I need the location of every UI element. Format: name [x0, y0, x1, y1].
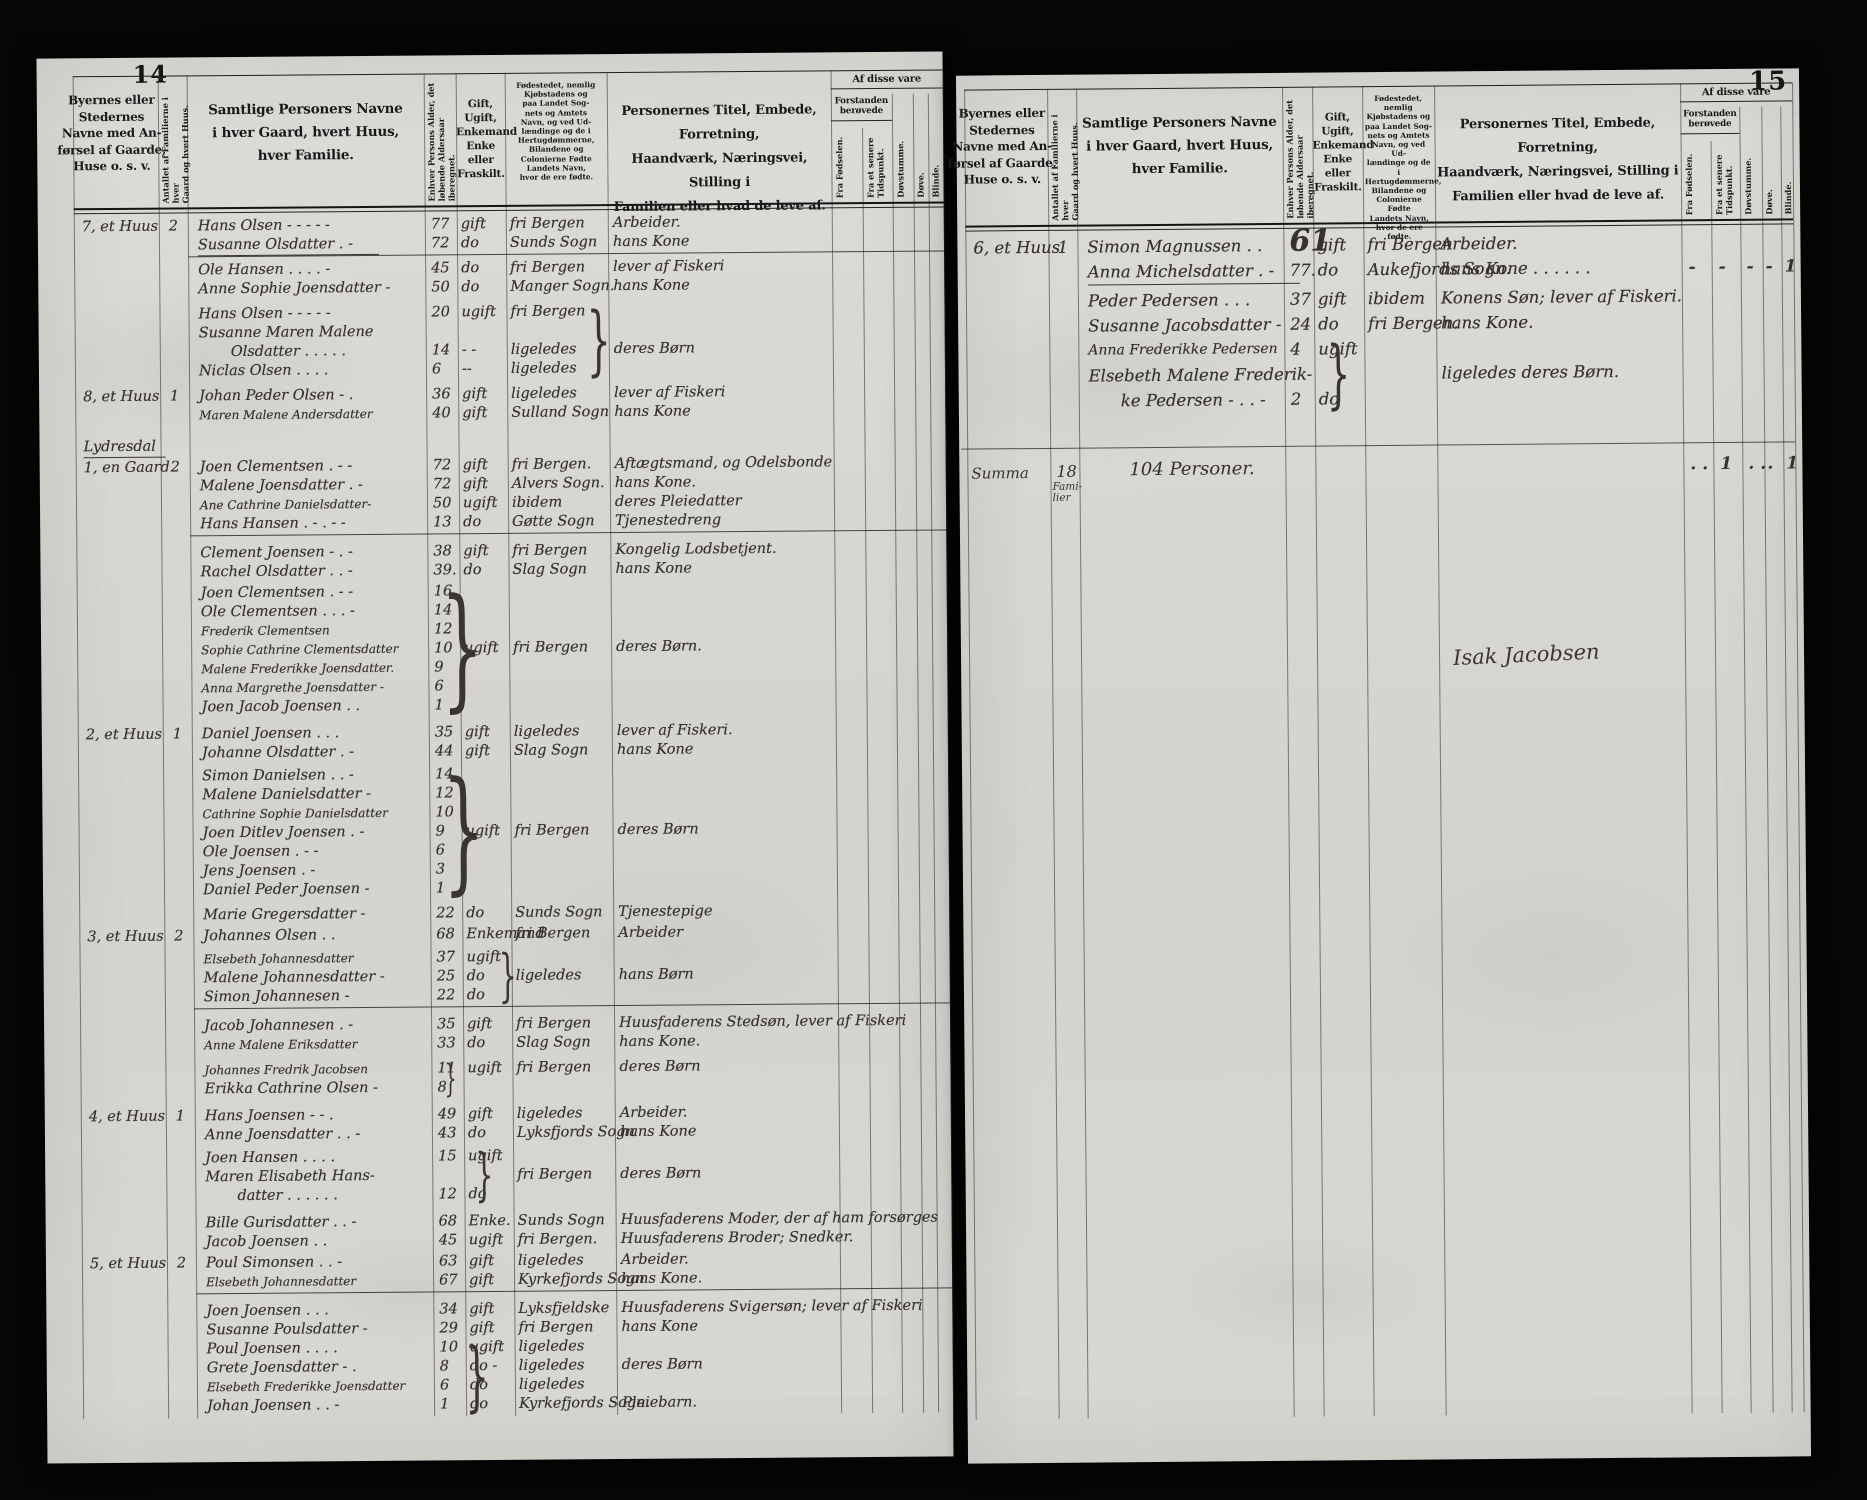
summa-mark: . .	[1690, 454, 1708, 474]
cell-name: Frederik Clementsen	[201, 621, 330, 641]
cell-family-count: 1	[166, 1107, 195, 1126]
cell-birthplace: fri Bergen	[517, 1165, 613, 1185]
header-of-these: Af disse vare	[1680, 86, 1792, 102]
header-family-count: Antallet af Familierne i hver Gaard og h…	[1049, 97, 1077, 221]
cell-birthplace: ligeledes	[517, 1104, 613, 1124]
cell-occupation: hans Kone.	[615, 473, 696, 493]
cell-name: Joen Joensen . . .	[206, 1301, 329, 1321]
cell-birthplace: fri Bergen	[516, 1058, 612, 1078]
cell-occupation: hans Kone . . . . . .	[1441, 255, 1591, 281]
cell-name: Anne Sophie Joensdatter -	[198, 279, 390, 300]
summa-mark: 1	[1786, 453, 1798, 473]
cell-age: 38	[433, 542, 452, 561]
cell-age: 68	[436, 925, 455, 944]
summa-mark: 1	[1720, 454, 1732, 474]
cell-place: 7, et Huus	[82, 218, 158, 238]
cell-family-count: 2	[167, 1254, 196, 1273]
cell-age: 63	[439, 1252, 458, 1271]
cell-status: do	[461, 278, 479, 297]
summa-families-unit: Fami- lier	[1053, 482, 1083, 504]
cell-status: gift	[461, 215, 486, 234]
cell-age: 12	[438, 1185, 457, 1204]
cell-occupation: lever af Fiskeri	[614, 383, 725, 403]
cell-name: Jacob Johannesen . -	[204, 1016, 353, 1036]
census-entries-right: 6, et Huus1Simon Magnussen . .61giftfri …	[957, 228, 1796, 532]
cell-age: 50	[431, 278, 450, 297]
cell-age: 77	[431, 215, 450, 234]
cell-occupation: Huusfaderens Moder, der af ham forsørges	[621, 1209, 938, 1230]
cell-birthplace: Sunds Sogn	[515, 903, 611, 923]
header-family-count: Antallet af Familierne i hver Gaard og h…	[160, 83, 188, 203]
cell-age: 37	[1290, 287, 1311, 312]
cell-occupation: deres Børn	[622, 1355, 703, 1375]
cell-place: 5, et Huus	[90, 1255, 166, 1275]
cell-name: Anna Frederikke Pedersen	[1088, 337, 1277, 364]
cell-name: Johanne Olsdatter . -	[202, 743, 354, 763]
cell-age: 8	[440, 1357, 449, 1376]
cell-name: Simon Danielsen . . -	[202, 766, 354, 786]
cell-name: Peder Pedersen . . .	[1088, 287, 1250, 313]
summa-persons: 104 Personer.	[1129, 458, 1254, 480]
cell-occupation: Konens Søn; lever af Fiskeri.	[1441, 283, 1682, 310]
cell-place: 4, et Huus	[89, 1108, 165, 1128]
cell-birthplace: ligeledes	[518, 1251, 614, 1271]
cell-age: 6	[432, 360, 441, 379]
group-brace: }	[442, 765, 485, 898]
cell-birthplace: fri Bergen.	[512, 455, 608, 475]
group-brace: }	[465, 1338, 490, 1414]
cell-name: Ole Clementsen . . . -	[201, 602, 355, 622]
header-top-rule	[73, 69, 943, 77]
cell-mark: 1	[1785, 253, 1797, 278]
cell-birthplace: fri Bergen	[1367, 232, 1433, 258]
cell-birthplace: ligeledes	[511, 384, 607, 404]
cell-occupation: ligeledes deres Børn.	[1441, 359, 1619, 386]
header-marital-status: Gift, Ugift, Enkemand Enke eller Fraskil…	[456, 97, 506, 181]
cell-name: Susanne Olsdatter . -	[198, 235, 379, 256]
cell-age: 37	[436, 948, 455, 967]
header-person-names: Samtlige Personers Navne i hver Gaard, h…	[187, 98, 425, 169]
cell-family-count: 2	[164, 927, 193, 946]
cell-name: Sophie Cathrine Clementsdatter	[201, 640, 398, 661]
cell-birthplace: fri Bergen	[516, 1014, 612, 1034]
column-rule	[1792, 82, 1805, 1412]
header-occupation: Personernes Titel, Embede, Forretning, H…	[1434, 111, 1681, 209]
cell-name: Anne Malene Eriksdatter	[204, 1035, 357, 1055]
cell-status: do	[461, 259, 479, 278]
cell-age: 14	[432, 341, 451, 360]
cell-name: Simon Johannesen -	[204, 987, 350, 1007]
cell-age: 72	[433, 456, 452, 475]
cell-birthplace: fri Bergen	[513, 638, 609, 658]
cell-status: do	[463, 513, 481, 532]
cell-name: ke Pedersen - . . -	[1121, 387, 1266, 413]
cell-age: 43	[438, 1124, 457, 1143]
cell-age: 2	[1291, 387, 1302, 412]
cell-birthplace: fri Bergen.	[518, 1230, 614, 1250]
header-deaf: Døve.	[1763, 113, 1781, 215]
summa-rule	[961, 441, 1795, 449]
cell-name: Bille Gurisdatter . . -	[206, 1213, 357, 1233]
cell-age: 50	[433, 494, 452, 513]
cell-occupation: hans Kone	[613, 276, 690, 296]
header-deprived-of-reason: Forstanden berøvede	[831, 96, 892, 121]
cell-name: Susanne Maren Malene	[199, 323, 374, 343]
header-from-later-time: Fra et senere Tidspunkt.	[1714, 145, 1741, 215]
cell-occupation: hans Børn	[619, 965, 694, 985]
header-blind: Blinde.	[1782, 112, 1793, 214]
cell-birthplace: Kyrkefjords Sogn	[518, 1270, 614, 1290]
cell-age: 29	[439, 1319, 458, 1338]
cell-name: Cathrine Sophie Danielsdatter	[202, 804, 388, 824]
cell-birthplace: fri Bergen.	[1368, 311, 1434, 337]
cell-birthplace: Lyksfjords Sogn	[517, 1123, 613, 1143]
cell-name: Johan Joensen . . -	[207, 1396, 339, 1416]
cell-occupation: Kongelig Lodsbetjent.	[615, 540, 776, 560]
header-deprived-of-reason: Forstanden berøvede	[1680, 109, 1739, 135]
cell-status: - -	[462, 341, 477, 360]
cell-age: 4	[1290, 337, 1301, 362]
cell-status: gift	[463, 456, 488, 475]
cell-mark: -	[1747, 254, 1754, 279]
cell-place: 3, et Huus	[87, 928, 163, 948]
cell-family-count: 1	[163, 725, 192, 744]
cell-birthplace: Manger Sogn.	[510, 277, 606, 297]
cell-age: 45	[431, 259, 450, 278]
cell-birthplace: fri Bergen	[515, 821, 611, 841]
cell-name: Malene Joensdatter . -	[200, 476, 363, 496]
cell-status: ugift	[469, 1231, 504, 1250]
scanned-census-spread: 14 Byernes eller Stedernes Navne med An-…	[0, 0, 1867, 1500]
cell-occupation: Pleiebarn.	[622, 1393, 697, 1413]
cell-name: Poul Joensen . . . .	[207, 1339, 338, 1359]
cell-age: 6	[440, 1376, 449, 1395]
cell-name: Malene Johannesdatter -	[204, 968, 385, 988]
cell-age: 49	[438, 1105, 457, 1124]
cell-occupation: lever af Fiskeri.	[617, 721, 733, 741]
group-brace: }	[1326, 336, 1351, 411]
cell-occupation: hans Kone	[620, 1122, 697, 1142]
header-deaf-mute: Døvstumme.	[1742, 113, 1762, 215]
summa-mark: . .	[1748, 454, 1766, 474]
cell-occupation: Arbeider	[618, 924, 683, 944]
cell-birthplace: Slag Sogn	[512, 560, 608, 580]
cell-age: 72	[433, 475, 452, 494]
header-age: Enhver Persons Alder, det løbende Alders…	[426, 81, 457, 201]
header-birthplace: Fødestedet, nemlig Kjøbstadens og paa La…	[507, 80, 606, 182]
cell-age: 1	[440, 1395, 449, 1414]
header-of-these: Af disse vare	[831, 73, 943, 89]
cell-status: gift	[465, 723, 490, 742]
header-marital-status: Gift, Ugift, Enkemand Enke eller Fraskil…	[1312, 110, 1363, 194]
cell-name: Anne Joensdatter . . -	[205, 1125, 360, 1145]
cell-name: Ole Hansen . . . . -	[198, 260, 330, 280]
cell-status: --	[462, 360, 472, 379]
cell-birthplace: Alvers Sogn.	[512, 474, 608, 494]
header-from-later-time: Fra et senere Tidspunkt.	[865, 132, 893, 198]
cell-age: 35	[435, 723, 454, 742]
header-place-names: Byernes eller Stedernes Navne med An- fø…	[938, 105, 1066, 189]
cell-name: Maren Malene Andersdatter	[199, 405, 372, 425]
census-entries-left: 7, et Huus2Hans Olsen - - - - -77giftfri…	[38, 211, 953, 1417]
cell-name: Joen Jacob Joensen . .	[202, 697, 361, 717]
cell-birthplace: fri Bergen	[510, 214, 606, 234]
cell-age: 67	[439, 1271, 458, 1290]
cell-status: ugift	[466, 948, 501, 967]
cell-name: Johan Peder Olsen - .	[199, 386, 353, 406]
cell-name: Hans Olsen - - - - -	[198, 304, 330, 324]
cell-status: gift	[469, 1271, 494, 1290]
cell-occupation: Aftægtsmand, og Odelsbonde	[615, 453, 833, 474]
cell-status: ugift	[461, 303, 496, 322]
cell-status: do	[461, 234, 479, 253]
cell-birthplace: ligeledes	[514, 722, 610, 742]
cell-birthplace: Slag Sogn	[516, 1033, 612, 1053]
cell-place: 2, et Huus	[86, 726, 162, 746]
cell-name: Ane Cathrine Danielsdatter-	[200, 495, 371, 515]
cell-name: Elsebeth Johannesdatter	[206, 1272, 356, 1292]
header-from-birth: Fra Fødselen.	[834, 132, 863, 198]
cell-birthplace: Gøtte Sogn	[512, 512, 608, 532]
header-deaf-mute: Døvstumme.	[895, 100, 914, 198]
summa-label: Summa	[971, 464, 1028, 482]
cell-name: Hans Hansen . - . - -	[200, 514, 346, 534]
group-brace: }	[586, 302, 611, 378]
cell-occupation: lever af Fiskeri	[613, 257, 724, 277]
cell-occupation: Arbeider.	[1440, 231, 1517, 257]
cell-name: Elsebeth Johannesdatter	[204, 949, 354, 969]
header-top-rule	[964, 82, 1792, 90]
cell-name: Elsebeth Malene Frederik-	[1088, 362, 1312, 389]
cell-status: gift	[467, 1015, 492, 1034]
cell-status: do	[467, 1034, 485, 1053]
cell-mark: -	[1766, 254, 1773, 279]
cell-occupation: Tjenestedreng	[615, 511, 721, 531]
cell-occupation: hans Kone.	[1441, 310, 1533, 336]
cell-name: Johannes Olsen . .	[203, 926, 335, 946]
cell-birthplace: ibidem	[1368, 286, 1434, 312]
cell-occupation: hans Kone.	[621, 1269, 702, 1289]
group-brace: }	[475, 1147, 494, 1204]
cell-name: Olsdatter . . . . .	[231, 342, 346, 362]
cell-name: Joen Clementsen . - -	[201, 583, 354, 603]
header-place-names: Byernes eller Stedernes Navne med An- fø…	[47, 91, 177, 175]
cell-mark: -	[1689, 254, 1696, 279]
cell-occupation: hans Kone	[617, 740, 694, 760]
header-occupation: Personernes Titel, Embede, Forretning, H…	[607, 98, 832, 220]
summa-row: Summa18Fami- lier104 Personer.. .1. ..1	[959, 455, 1796, 532]
cell-status: do	[467, 986, 485, 1005]
cell-status: gift	[1317, 232, 1346, 257]
cell-birthplace: Slag Sogn	[514, 741, 610, 761]
group-brace: }	[444, 1059, 456, 1097]
cell-name: Niclas Olsen . . . .	[199, 361, 329, 381]
cell-birthplace: Sunds Sogn	[518, 1211, 614, 1231]
cell-status: gift	[462, 404, 487, 423]
cell-age: 20	[431, 303, 450, 322]
cell-occupation: Arbeider.	[613, 214, 681, 234]
summa-families: 18	[1056, 462, 1077, 481]
group-brace: }	[441, 582, 484, 715]
cell-birthplace: fri Bergen	[518, 1318, 614, 1338]
cell-place: Lydresdal	[83, 438, 166, 459]
census-page-left: 14 Byernes eller Stedernes Navne med An-…	[36, 51, 953, 1463]
cell-age: 72	[431, 234, 450, 253]
cell-place: 6, et Huus	[973, 235, 1060, 261]
cell-name: datter . . . . . .	[237, 1186, 338, 1206]
cell-name: Anna Michelsdatter . -	[1088, 258, 1301, 286]
cell-birthplace: Sunds Sogn	[510, 233, 606, 253]
cell-place: 8, et Huus	[83, 388, 159, 408]
cell-birthplace: ligeledes	[519, 1337, 615, 1357]
cell-age: 36	[432, 385, 451, 404]
cell-occupation: deres Børn	[619, 1057, 700, 1077]
cell-age: 40	[432, 404, 451, 423]
cell-occupation: deres Børn	[618, 820, 699, 840]
cell-name: Jacob Joensen . .	[206, 1232, 328, 1252]
cell-status: gift	[463, 475, 488, 494]
cell-occupation: Arbeider.	[620, 1103, 688, 1123]
cell-status: do	[467, 967, 485, 986]
cell-name: Elsebeth Frederikke Joensdatter	[207, 1377, 405, 1398]
cell-name: Daniel Joensen . . .	[202, 724, 340, 744]
cell-occupation: hans Kone.	[619, 1032, 700, 1052]
cell-name: Jens Joensen . -	[203, 861, 315, 881]
summa-mark: .	[1767, 454, 1773, 474]
cell-status: gift	[462, 385, 487, 404]
cell-birthplace: ibidem	[512, 493, 608, 513]
cell-name: Susanne Poulsdatter -	[206, 1320, 367, 1340]
cell-name: Hans Olsen - - - - -	[198, 216, 330, 236]
cell-occupation: deres Børn.	[616, 637, 702, 657]
cell-occupation: deres Børn	[620, 1164, 701, 1184]
cell-status: gift	[463, 542, 488, 561]
cell-age: 25	[437, 967, 456, 986]
cell-place: 1, en Gaard	[84, 459, 170, 479]
cell-status: gift	[469, 1300, 494, 1319]
cell-name: Johannes Fredrik Jacobsen	[204, 1060, 368, 1080]
cell-name: Ole Joensen . - -	[203, 842, 319, 862]
cell-age: 35	[437, 1015, 456, 1034]
cell-name: Poul Simonsen . . -	[206, 1253, 342, 1273]
cell-status: do	[468, 1124, 486, 1143]
cell-age: 22	[437, 986, 456, 1005]
cell-family-count: 1	[160, 387, 189, 406]
cell-age: 15	[438, 1147, 457, 1166]
census-page-right: 15 Byernes eller Stedernes Navne med An-…	[956, 68, 1811, 1463]
header-birthplace: Fødestedet, nemlig Kjøbstadens og paa La…	[1364, 94, 1433, 242]
cell-birthplace: ligeledes	[516, 966, 612, 986]
header-from-birth: Fra Fødselen.	[1684, 145, 1712, 215]
cell-occupation: hans Kone	[614, 402, 691, 422]
cell-name: Anna Margrethe Joensdatter -	[201, 678, 384, 698]
cell-occupation: Huusfaderens Stedsøn, lever af Fiskeri	[619, 1012, 906, 1033]
cell-occupation: Huusfaderens Broder; Snedker.	[621, 1228, 854, 1249]
cell-age: 34	[439, 1300, 458, 1319]
signature: Isak Jacobsen	[1453, 640, 1600, 670]
cell-occupation: Arbeider.	[621, 1250, 689, 1270]
cell-name: Joen Ditlev Joensen . -	[203, 823, 365, 843]
cell-name: Joen Hansen . . . .	[205, 1148, 335, 1168]
cell-name: Joen Clementsen . - -	[200, 457, 353, 477]
cell-family-count: 1	[1048, 235, 1077, 260]
cell-status: do	[1318, 257, 1339, 282]
cell-status: ugift	[463, 494, 498, 513]
cell-name: Maren Elisabeth Hans-	[205, 1167, 375, 1187]
cell-status: gift	[468, 1105, 493, 1124]
header-person-names: Samtlige Personers Navne i hver Gaard, h…	[1076, 111, 1283, 182]
cell-birthplace: Lyksfjeldske	[518, 1299, 614, 1319]
cell-occupation: hans Kone	[613, 232, 690, 252]
cell-occupation: Huusfaderens Svigersøn; lever af Fiskeri	[621, 1297, 922, 1318]
header-age: Enhver Persons Alder, det løbende Alders…	[1284, 95, 1313, 219]
cell-occupation: deres Pleiedatter	[615, 492, 742, 512]
cell-occupation: deres Børn	[614, 339, 695, 359]
cell-name: Hans Joensen - - .	[205, 1106, 334, 1126]
cell-status: gift	[469, 1252, 494, 1271]
cell-name: Malene Danielsdatter -	[202, 785, 371, 805]
cell-name: Erikka Cathrine Olsen -	[205, 1079, 379, 1099]
cell-age: 13	[433, 513, 452, 532]
cell-name: Daniel Peder Joensen -	[203, 880, 370, 900]
cell-age: 77.	[1290, 258, 1316, 283]
cell-name: Rachel Olsdatter . . -	[200, 562, 352, 582]
cell-occupation: hans Kone	[621, 1317, 698, 1337]
cell-occupation: Tjenestepige	[618, 902, 712, 922]
cell-name: Grete Joensdatter - .	[207, 1358, 357, 1378]
cell-occupation: hans Kone	[615, 559, 692, 579]
cell-name: Simon Magnussen . .	[1087, 233, 1262, 260]
cell-mark: -	[1719, 254, 1726, 279]
cell-family-count: 2	[161, 458, 190, 477]
cell-name: Susanne Jacobsdatter -	[1088, 312, 1282, 339]
cell-family-count: 2	[159, 217, 188, 236]
cell-age: 68	[439, 1212, 458, 1231]
header-deaf: Døve.	[915, 100, 929, 198]
cell-age: 45	[439, 1231, 458, 1250]
cell-age: 24	[1290, 312, 1311, 337]
cell-age: 33	[437, 1034, 456, 1053]
cell-birthplace: Aukefjords Sogn.	[1368, 257, 1434, 283]
cell-birthplace: Kyrkefjords Sogn.	[519, 1394, 615, 1414]
cell-age: 10	[440, 1338, 459, 1357]
cell-status: Enke.	[469, 1212, 511, 1231]
cell-birthplace: Sulland Sogn	[511, 403, 607, 423]
cell-birthplace: ligeledes	[519, 1356, 615, 1376]
cell-birthplace: fri Bergen	[512, 541, 608, 561]
cell-status: gift	[1318, 286, 1347, 311]
cell-status: ugift	[467, 1059, 502, 1078]
cell-birthplace: ligeledes	[519, 1375, 615, 1395]
group-brace: }	[498, 948, 517, 1005]
cell-name: Malene Frederikke Joensdatter.	[201, 659, 394, 680]
cell-name: Marie Gregersdatter -	[203, 905, 365, 925]
cell-birthplace: fri Bergen	[515, 924, 611, 944]
cell-name: Clement Joensen - . -	[200, 543, 353, 563]
cell-birthplace: fri Bergen	[510, 258, 606, 278]
